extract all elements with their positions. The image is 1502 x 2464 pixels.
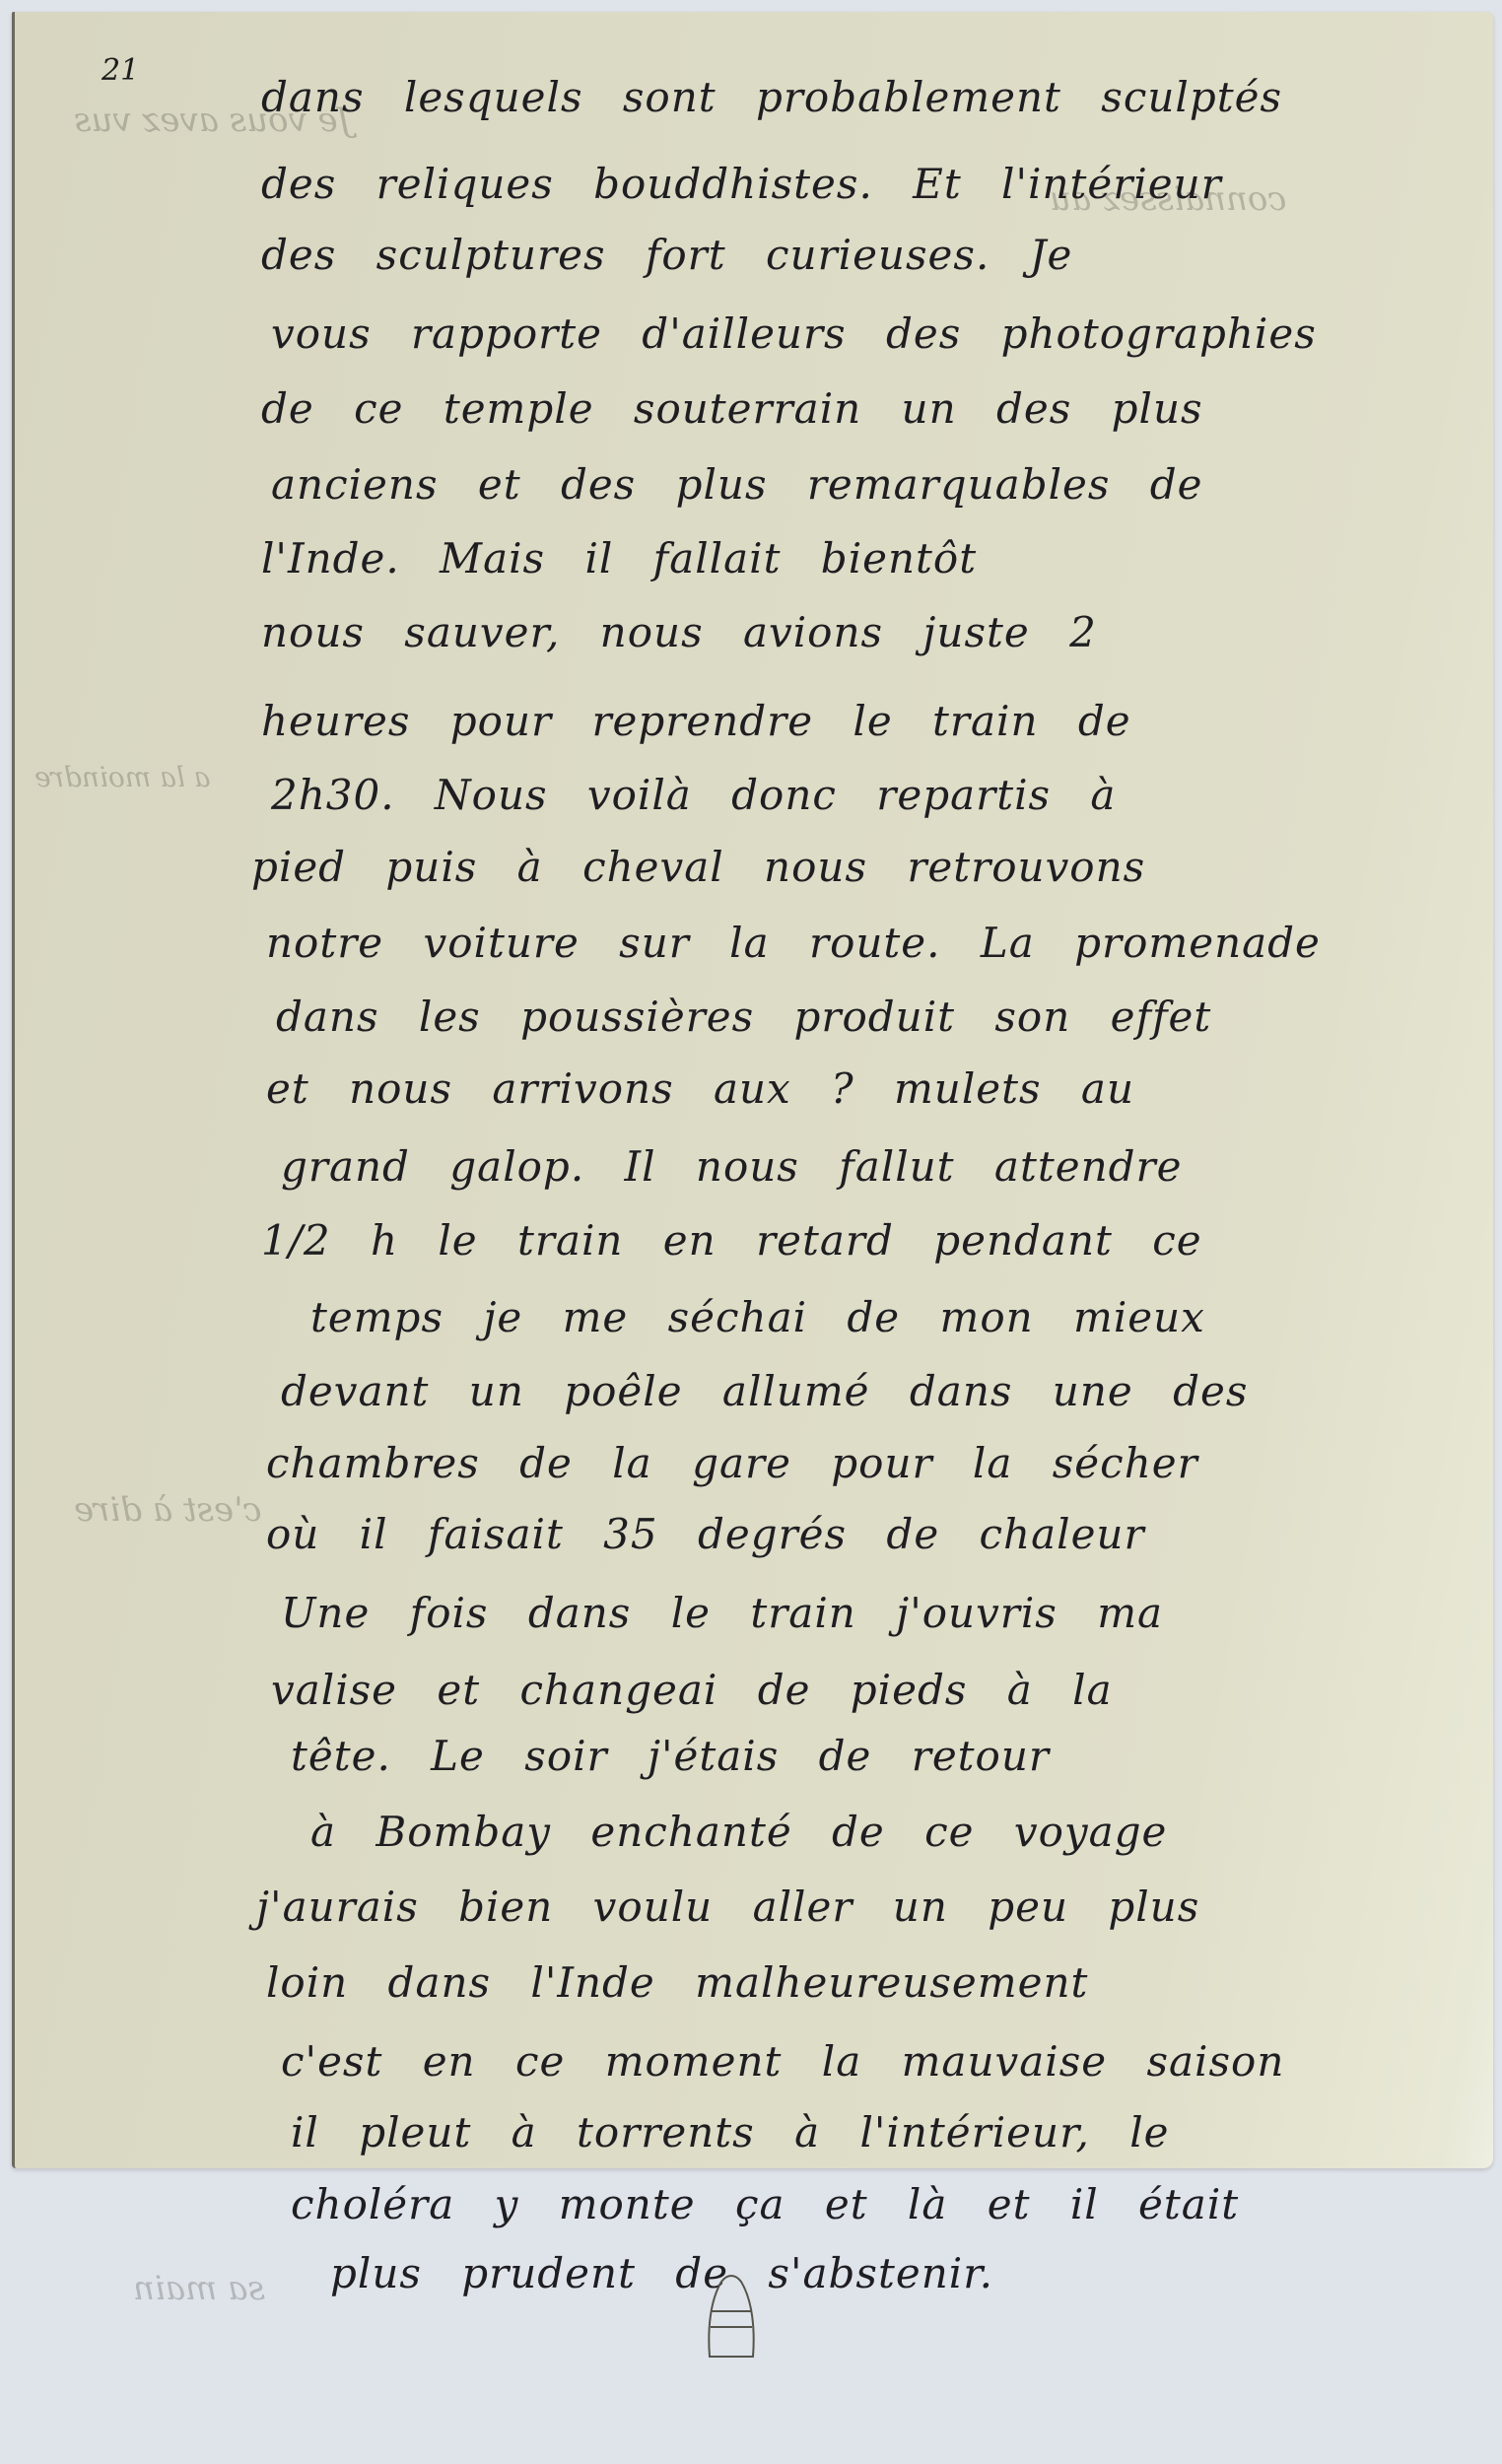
bleed-through-text: a la moindre bbox=[34, 761, 210, 793]
manuscript-line: où il faisait 35 degrés de chaleur bbox=[266, 1510, 1498, 1558]
manuscript-line: de ce temple souterrain un des plus bbox=[261, 384, 1493, 433]
manuscript-line: des sculptures fort curieuses. Je bbox=[261, 231, 1493, 279]
manuscript-line: c'est en ce moment la mauvaise saison bbox=[281, 2037, 1502, 2086]
manuscript-line: devant un poêle allumé dans une des bbox=[281, 1367, 1502, 1415]
manuscript-line: 1/2 h le train en retard pendant ce bbox=[261, 1216, 1493, 1265]
manuscript-line: notre voiture sur la route. La promenade bbox=[266, 919, 1498, 967]
bleed-through-text: sa main bbox=[133, 2269, 265, 2308]
manuscript-line: pied puis à cheval nous retrouvons bbox=[251, 843, 1483, 891]
manuscript-line: à Bombay enchanté de ce voyage bbox=[310, 1808, 1502, 1856]
manuscript-line: l'Inde. Mais il fallait bientôt bbox=[261, 534, 1493, 582]
manuscript-line: anciens et des plus remarquables de bbox=[271, 460, 1502, 509]
page-number: 21 bbox=[102, 53, 139, 88]
manuscript-line: Une fois dans le train j'ouvris ma bbox=[281, 1589, 1502, 1637]
manuscript-line: grand galop. Il nous fallut attendre bbox=[281, 1142, 1502, 1191]
manuscript-line: tête. Le soir j'étais de retour bbox=[291, 1732, 1502, 1780]
manuscript-line: dans les poussières produit son effet bbox=[276, 992, 1502, 1041]
manuscript-line: dans lesquels sont probablement sculptés bbox=[261, 73, 1493, 121]
manuscript-line: j'aurais bien voulu aller un peu plus bbox=[256, 1882, 1488, 1931]
manuscript-line: valise et changeai de pieds à la bbox=[271, 1666, 1502, 1714]
bleed-through-text: c'est à dire bbox=[74, 1490, 262, 1530]
manuscript-line: plus prudent de s'abstenir. bbox=[330, 2249, 1502, 2297]
manuscript-line: et nous arrivons aux ? mulets au bbox=[266, 1064, 1498, 1113]
manuscript-line: temps je me séchai de mon mieux bbox=[310, 1293, 1502, 1341]
manuscript-line: choléra y monte ça et là et il était bbox=[291, 2180, 1502, 2228]
manuscript-line: heures pour reprendre le train de bbox=[261, 697, 1493, 745]
manuscript-line: nous sauver, nous avions juste 2 bbox=[261, 608, 1493, 656]
manuscript-line: des reliques bouddhistes. Et l'intérieur bbox=[261, 160, 1493, 208]
manuscript-line: chambres de la gare pour la sécher bbox=[266, 1439, 1498, 1487]
manuscript-line: il pleut à torrents à l'intérieur, le bbox=[291, 2108, 1502, 2156]
manuscript-line: loin dans l'Inde malheureusement bbox=[266, 1958, 1498, 2007]
manuscript-page: Je vous avez vus connaissez au c'est à d… bbox=[12, 12, 1493, 2168]
manuscript-line: 2h30. Nous voilà donc repartis à bbox=[271, 771, 1502, 819]
manuscript-line: vous rapporte d'ailleurs des photographi… bbox=[271, 309, 1502, 358]
stupa-sketch-icon bbox=[702, 2272, 761, 2359]
